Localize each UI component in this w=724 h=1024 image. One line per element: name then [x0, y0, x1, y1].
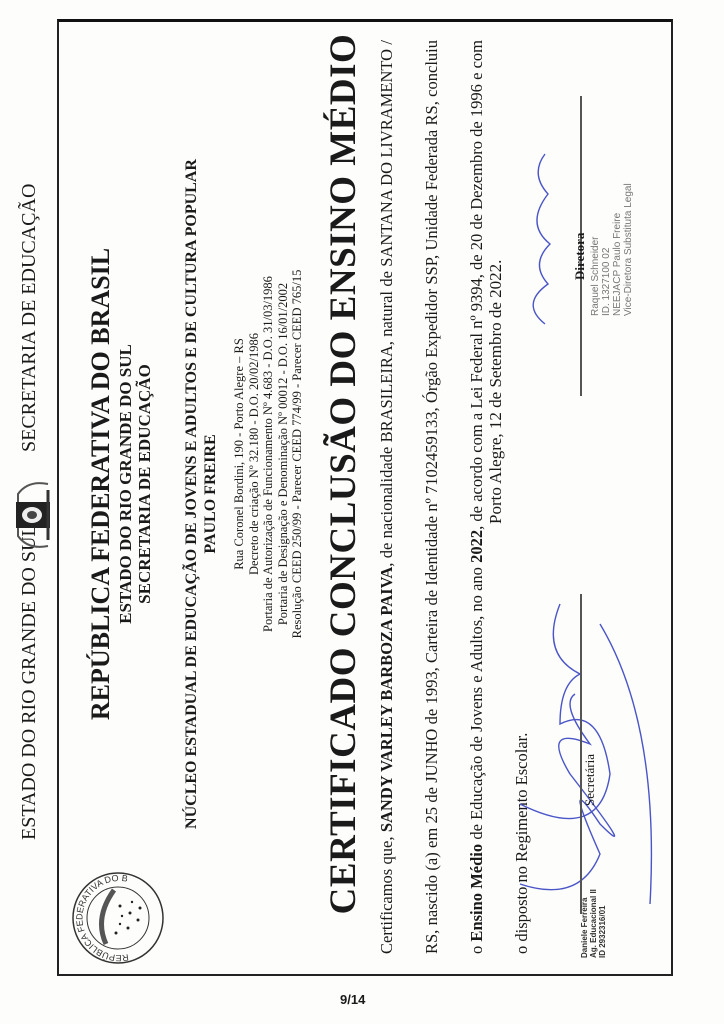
secretary-stamp-id: ID 2932316/01 [598, 889, 607, 958]
secretary-stamp: Daniele Ferreira Ag. Educacional II ID 2… [580, 889, 607, 958]
director-stamp-id: ID. 1327100 02 [601, 183, 612, 316]
header-secretariat: SECRETARIA DE EDUCAÇÃO [18, 184, 41, 452]
body-modality: de Educação de Jovens e Adultos, no ano [467, 563, 486, 844]
state-name: ESTADO DO RIO GRANDE DO SUL [116, 244, 135, 724]
student-name: SANDY VARLEY BARBOZA PAIVA [377, 567, 396, 832]
course-name: Ensino Médio [467, 844, 486, 942]
certificate-body: Certificamos que, SANDY VARLEY BARBOZA P… [364, 40, 544, 954]
secretary-stamp-name: Daniele Ferreira [580, 889, 589, 958]
address-line: Rua Coronel Bordini, 190 - Porto Alegre … [232, 134, 247, 774]
director-stamp-name: Raquel Schneider [590, 183, 601, 316]
certificate-title: CERTIFICADO CONCLUSÃO DO ENSINO MÉDIO [322, 24, 365, 924]
school-name-line2: PAULO FREIRE [201, 84, 220, 904]
decree-line: Decreto de criação Nº 32.180 - D.O. 20/0… [247, 134, 262, 774]
state-heading: ESTADO DO RIO GRANDE DO SUL SECRETARIA D… [116, 244, 154, 724]
page-number: 9/14 [340, 992, 365, 1007]
republic-heading: REPÚBLICA FEDERATIVA DO BRASIL [86, 244, 116, 724]
director-stamp-title: Vice-Diretora Substituta Legal [623, 183, 634, 316]
place-and-date: Porto Alegre, 12 de Setembro de 2022. [486, 124, 506, 524]
header-state: ESTADO DO RIO GRANDE DO SUL [18, 524, 41, 840]
secretary-role: Secretária [582, 754, 598, 806]
secretariat-name: SECRETARIA DE EDUCAÇÃO [135, 244, 154, 724]
designation-line: Portaria de Designação e Denominação Nº … [276, 134, 291, 774]
brazil-seal-icon: REPÚBLICA FEDERATIVA DO BRASIL [68, 868, 168, 968]
director-stamp: Raquel Schneider ID. 1327100 02 NEEJACP … [590, 183, 634, 316]
secretary-stamp-title: Ag. Educacional II [589, 889, 598, 958]
authorization-line: Portaria de Autorização de Funcionamento… [261, 134, 276, 774]
body-intro: Certificamos que, [377, 832, 396, 954]
school-legal-info: Rua Coronel Bordini, 190 - Porto Alegre … [232, 134, 305, 774]
school-name-line1: NÚCLEO ESTADUAL DE EDUCAÇÃO DE JOVENS E … [182, 84, 201, 904]
coat-of-arms-icon [8, 476, 54, 554]
completion-year: 2022 [467, 530, 486, 563]
school-name: NÚCLEO ESTADUAL DE EDUCAÇÃO DE JOVENS E … [182, 84, 220, 904]
director-role: Diretora [572, 233, 588, 280]
resolution-line: Resolução CEED 250/99 - Parecer CEED 774… [290, 134, 305, 774]
director-stamp-school: NEEJACP Paulo Freire [612, 183, 623, 316]
certificate-page: ESTADO DO RIO GRANDE DO SUL SECRETARIA D… [0, 0, 724, 1024]
